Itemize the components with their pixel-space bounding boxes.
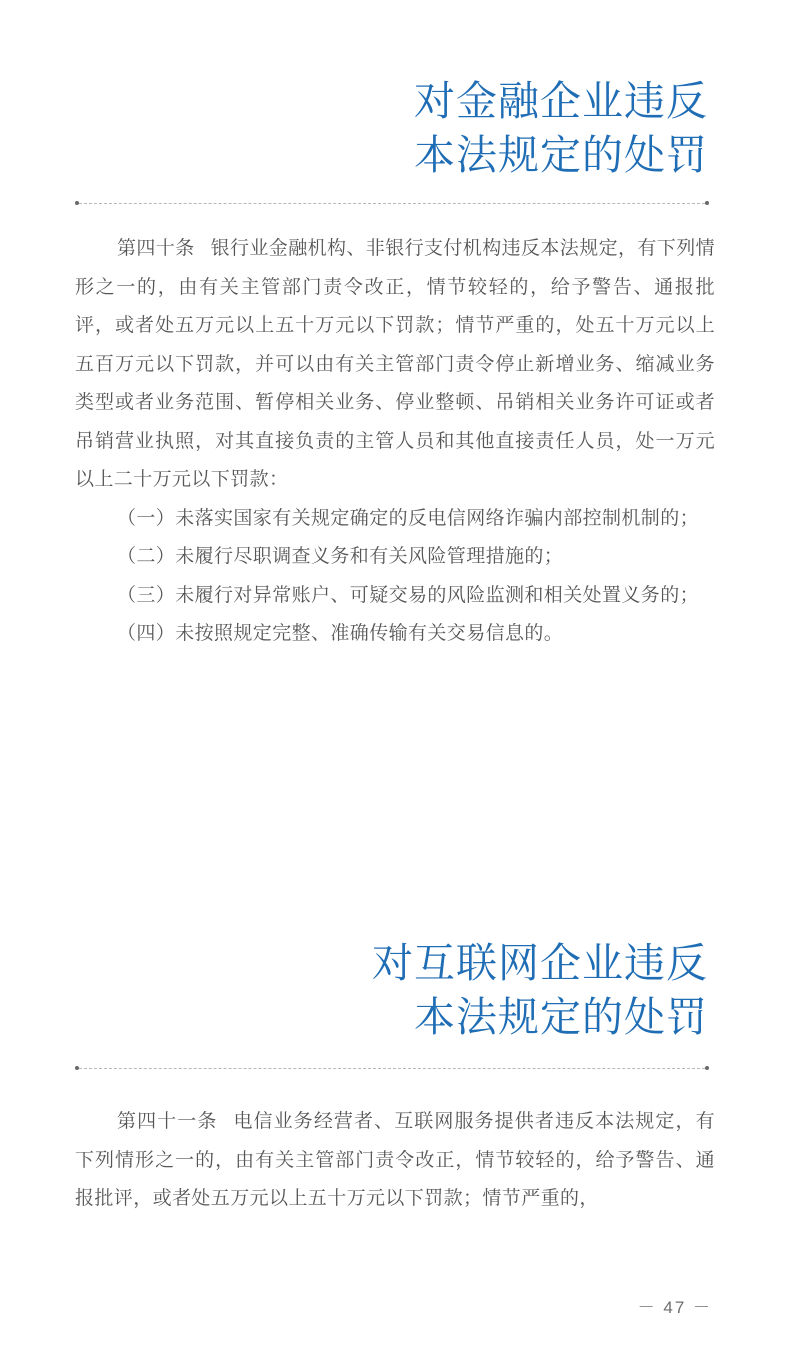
- section-title-line: 本法规定的处罚: [414, 128, 708, 182]
- section-title-line: 本法规定的处罚: [372, 990, 708, 1044]
- section-title-financial: 对金融企业违反 本法规定的处罚: [414, 74, 708, 182]
- divider-dot: [705, 201, 709, 205]
- article-paragraph: 第四十一条电信业务经营者、互联网服务提供者违反本法规定，有下列情形之一的，由有关…: [75, 1102, 715, 1218]
- section-title-internet: 对互联网企业违反 本法规定的处罚: [372, 936, 708, 1044]
- section-title-line: 对金融企业违反: [414, 74, 708, 128]
- article-paragraph: 第四十条银行业金融机构、非银行支付机构违反本法规定，有下列情形之一的，由有关主管…: [75, 229, 715, 499]
- article-item: （三）未履行对异常账户、可疑交易的风险监测和相关处置义务的；: [75, 576, 715, 615]
- divider-line: [79, 1068, 705, 1069]
- article-item: （四）未按照规定完整、准确传输有关交易信息的。: [75, 614, 715, 653]
- article-item: （一）未落实国家有关规定确定的反电信网络诈骗内部控制机制的；: [75, 499, 715, 538]
- article-lead-text: 银行业金融机构、非银行支付机构违反本法规定，有下列情形之一的，由有关主管部门责令…: [75, 237, 715, 490]
- article-item: （二）未履行尽职调查义务和有关风险管理措施的；: [75, 537, 715, 576]
- article-number: 第四十一条: [117, 1110, 217, 1132]
- divider-dot: [705, 1066, 709, 1070]
- article-41: 第四十一条电信业务经营者、互联网服务提供者违反本法规定，有下列情形之一的，由有关…: [75, 1102, 715, 1218]
- article-number: 第四十条: [117, 237, 195, 259]
- article-40: 第四十条银行业金融机构、非银行支付机构违反本法规定，有下列情形之一的，由有关主管…: [75, 229, 715, 653]
- divider-line: [79, 203, 705, 204]
- section-divider: [75, 1067, 709, 1071]
- section-title-line: 对互联网企业违反: [372, 936, 708, 990]
- section-divider: [75, 202, 709, 206]
- page-number: － 47 －: [638, 1293, 712, 1318]
